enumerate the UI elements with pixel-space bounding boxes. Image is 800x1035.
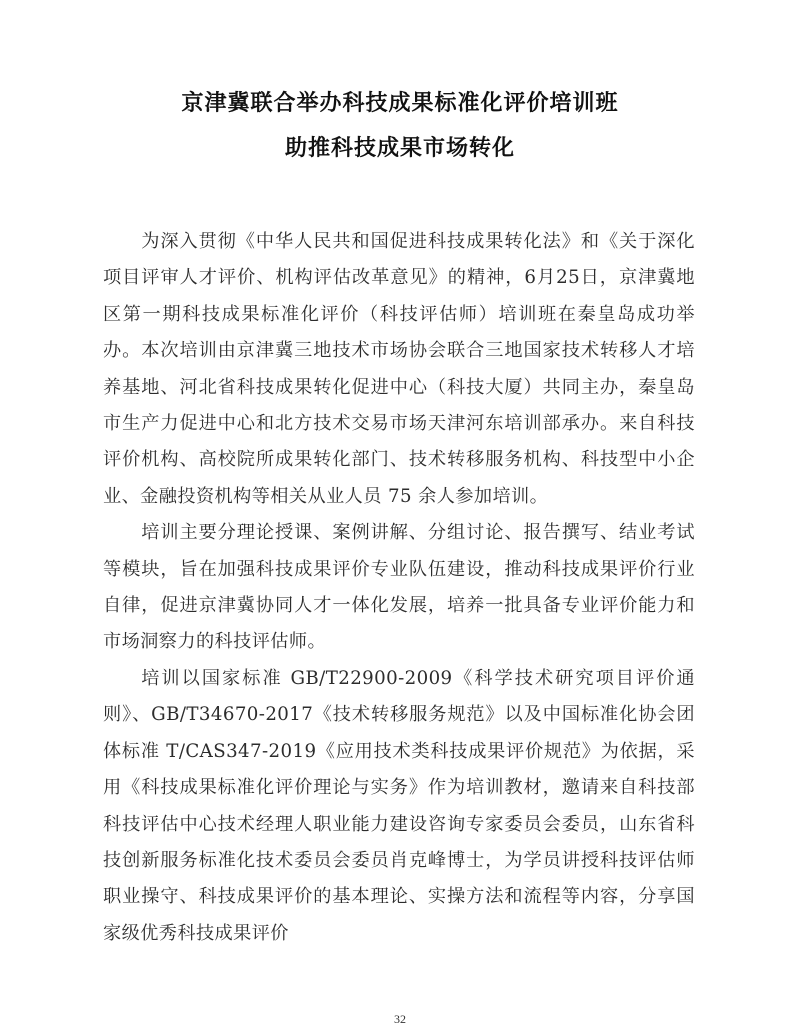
paragraph-2: 培训主要分理论授课、案例讲解、分组讨论、报告撰写、结业考试等模块，旨在加强科技成… (103, 515, 695, 661)
article-body: 为深入贯彻《中华人民共和国促进科技成果转化法》和《关于深化项目评审人才评价、机构… (103, 224, 695, 952)
document-page: 京津冀联合举办科技成果标准化评价培训班 助推科技成果市场转化 为深入贯彻《中华人… (0, 0, 800, 1035)
article-title-line-2: 助推科技成果市场转化 (0, 131, 800, 162)
paragraph-1: 为深入贯彻《中华人民共和国促进科技成果转化法》和《关于深化项目评审人才评价、机构… (103, 224, 695, 515)
paragraph-3: 培训以国家标准 GB/T22900-2009《科学技术研究项目评价通则》、GB/… (103, 661, 695, 952)
article-title-line-1: 京津冀联合举办科技成果标准化评价培训班 (0, 86, 800, 117)
page-number: 32 (0, 1012, 800, 1027)
